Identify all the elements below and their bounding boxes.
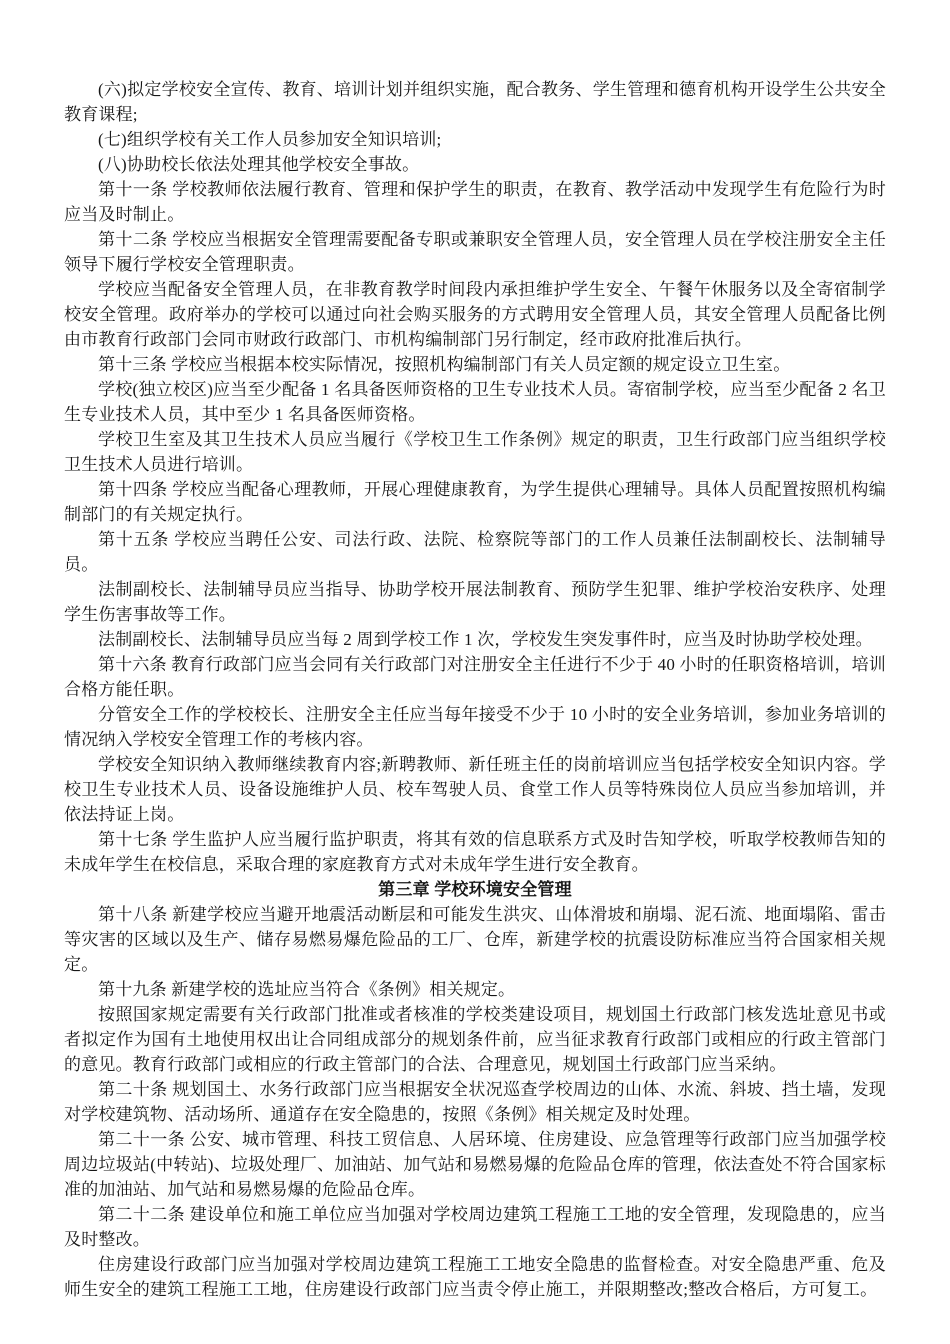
paragraph: (六)拟定学校安全宣传、教育、培训计划并组织实施，配合教务、学生管理和德育机构开… xyxy=(64,77,886,127)
paragraph-article-13: 第十三条 学校应当根据本校实际情况，按照机构编制部门有关人员定额的规定设立卫生室… xyxy=(64,352,886,377)
paragraph-article-22: 第二十二条 建设单位和施工单位应当加强对学校周边建筑工程施工工地的安全管理，发现… xyxy=(64,1202,886,1252)
paragraph-article-16: 第十六条 教育行政部门应当会同有关行政部门对注册安全主任进行不少于 40 小时的… xyxy=(64,652,886,702)
paragraph: 住房建设行政部门应当加强对学校周边建筑工程施工工地安全隐患的监督检查。对安全隐患… xyxy=(64,1252,886,1302)
paragraph: 法制副校长、法制辅导员应当指导、协助学校开展法制教育、预防学生犯罪、维护学校治安… xyxy=(64,577,886,627)
paragraph: 分管安全工作的学校校长、注册安全主任应当每年接受不少于 10 小时的安全业务培训… xyxy=(64,702,886,752)
paragraph-article-17: 第十七条 学生监护人应当履行监护职责，将其有效的信息联系方式及时告知学校，听取学… xyxy=(64,827,886,877)
paragraph: 按照国家规定需要有关行政部门批准或者核准的学校类建设项目，规划国土行政部门核发选… xyxy=(64,1002,886,1077)
paragraph-article-18: 第十八条 新建学校应当避开地震活动断层和可能发生洪灾、山体滑坡和崩塌、泥石流、地… xyxy=(64,902,886,977)
paragraph: 学校应当配备安全管理人员，在非教育教学时间段内承担维护学生安全、午餐午休服务以及… xyxy=(64,277,886,352)
document-page: (六)拟定学校安全宣传、教育、培训计划并组织实施，配合教务、学生管理和德育机构开… xyxy=(0,0,950,1344)
paragraph-article-21: 第二十一条 公安、城市管理、科技工贸信息、人居环境、住房建设、应急管理等行政部门… xyxy=(64,1127,886,1202)
paragraph: (七)组织学校有关工作人员参加安全知识培训; xyxy=(64,127,886,152)
paragraph-article-14: 第十四条 学校应当配备心理教师，开展心理健康教育，为学生提供心理辅导。具体人员配… xyxy=(64,477,886,527)
paragraph: (八)协助校长依法处理其他学校安全事故。 xyxy=(64,152,886,177)
paragraph: 学校(独立校区)应当至少配备 1 名具备医师资格的卫生专业技术人员。寄宿制学校，… xyxy=(64,377,886,427)
paragraph: 法制副校长、法制辅导员应当每 2 周到学校工作 1 次，学校发生突发事件时，应当… xyxy=(64,627,886,652)
paragraph-article-19: 第十九条 新建学校的选址应当符合《条例》相关规定。 xyxy=(64,977,886,1002)
paragraph-article-15: 第十五条 学校应当聘任公安、司法行政、法院、检察院等部门的工作人员兼任法制副校长… xyxy=(64,527,886,577)
paragraph-article-20: 第二十条 规划国土、水务行政部门应当根据安全状况巡查学校周边的山体、水流、斜坡、… xyxy=(64,1077,886,1127)
chapter-heading: 第三章 学校环境安全管理 xyxy=(64,877,886,902)
paragraph: 学校卫生室及其卫生技术人员应当履行《学校卫生工作条例》规定的职责，卫生行政部门应… xyxy=(64,427,886,477)
paragraph-article-11: 第十一条 学校教师依法履行教育、管理和保护学生的职责，在教育、教学活动中发现学生… xyxy=(64,177,886,227)
paragraph-article-12: 第十二条 学校应当根据安全管理需要配备专职或兼职安全管理人员，安全管理人员在学校… xyxy=(64,227,886,277)
paragraph: 学校安全知识纳入教师继续教育内容;新聘教师、新任班主任的岗前培训应当包括学校安全… xyxy=(64,752,886,827)
